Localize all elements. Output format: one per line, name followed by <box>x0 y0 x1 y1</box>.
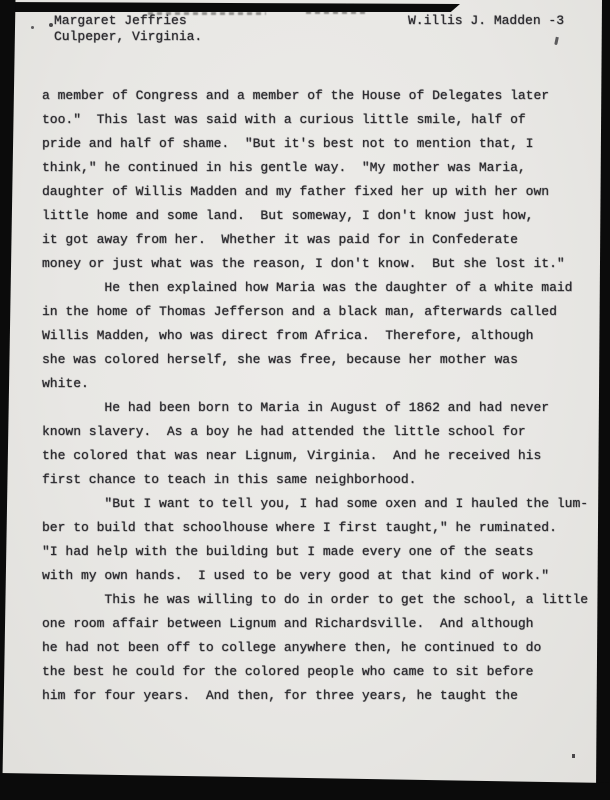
text-line: him for four years. And then, for three … <box>42 684 598 708</box>
ink-dot <box>31 26 34 29</box>
text-line: one room affair between Lignum and Richa… <box>42 612 598 636</box>
text-line: think," he continued in his gentle way. … <box>42 156 598 180</box>
text-line: Willis Madden, who was direct from Afric… <box>42 324 598 348</box>
text-line: money or just what was the reason, I don… <box>42 252 598 276</box>
text-line: little home and some land. But someway, … <box>42 204 598 228</box>
header-title: W.illis J. Madden -3 <box>408 13 564 29</box>
author-location: Culpeper, Virginia. <box>54 29 202 45</box>
text-line: the best he could for the colored people… <box>42 660 598 684</box>
text-line: pride and half of shame. "But it's best … <box>42 132 598 156</box>
document-page: Margaret JeffriesCulpeper, Virginia. W.i… <box>0 0 610 800</box>
scanned-document: { "document": { "header": { "author_line… <box>0 0 610 800</box>
scan-edge-top <box>0 2 460 12</box>
text-line: He then explained how Maria was the daug… <box>42 276 598 300</box>
body-text: a member of Congress and a member of the… <box>42 84 598 708</box>
author-name: Margaret Jeffries <box>54 13 202 29</box>
text-line: he had not been off to college anywhere … <box>42 636 598 660</box>
stray-mark <box>554 37 559 45</box>
text-line: in the home of Thomas Jefferson and a bl… <box>42 300 598 324</box>
text-line: too." This last was said with a curious … <box>42 108 598 132</box>
text-line: the colored that was near Lignum, Virgin… <box>42 444 598 468</box>
text-line: a member of Congress and a member of the… <box>42 84 598 108</box>
scan-edge-bottom <box>0 772 610 800</box>
text-line: "I had help with the building but I made… <box>42 540 598 564</box>
text-line: it got away from her. Whether it was pai… <box>42 228 598 252</box>
text-line: This he was willing to do in order to ge… <box>42 588 598 612</box>
text-line: daughter of Willis Madden and my father … <box>42 180 598 204</box>
text-line: known slavery. As a boy he had attended … <box>42 420 598 444</box>
text-line: ber to build that schoolhouse where I fi… <box>42 516 598 540</box>
ink-dot <box>49 23 53 27</box>
text-line: with my own hands. I used to be very goo… <box>42 564 598 588</box>
text-line: He had been born to Maria in August of 1… <box>42 396 598 420</box>
text-line: she was colored herself, she was free, b… <box>42 348 598 372</box>
header-author-block: Margaret JeffriesCulpeper, Virginia. <box>54 13 202 45</box>
scan-speck <box>572 754 575 758</box>
text-line: "But I want to tell you, I had some oxen… <box>42 492 598 516</box>
scan-edge-left <box>0 0 18 776</box>
text-line: white. <box>42 372 598 396</box>
text-line: first chance to teach in this same neigh… <box>42 468 598 492</box>
